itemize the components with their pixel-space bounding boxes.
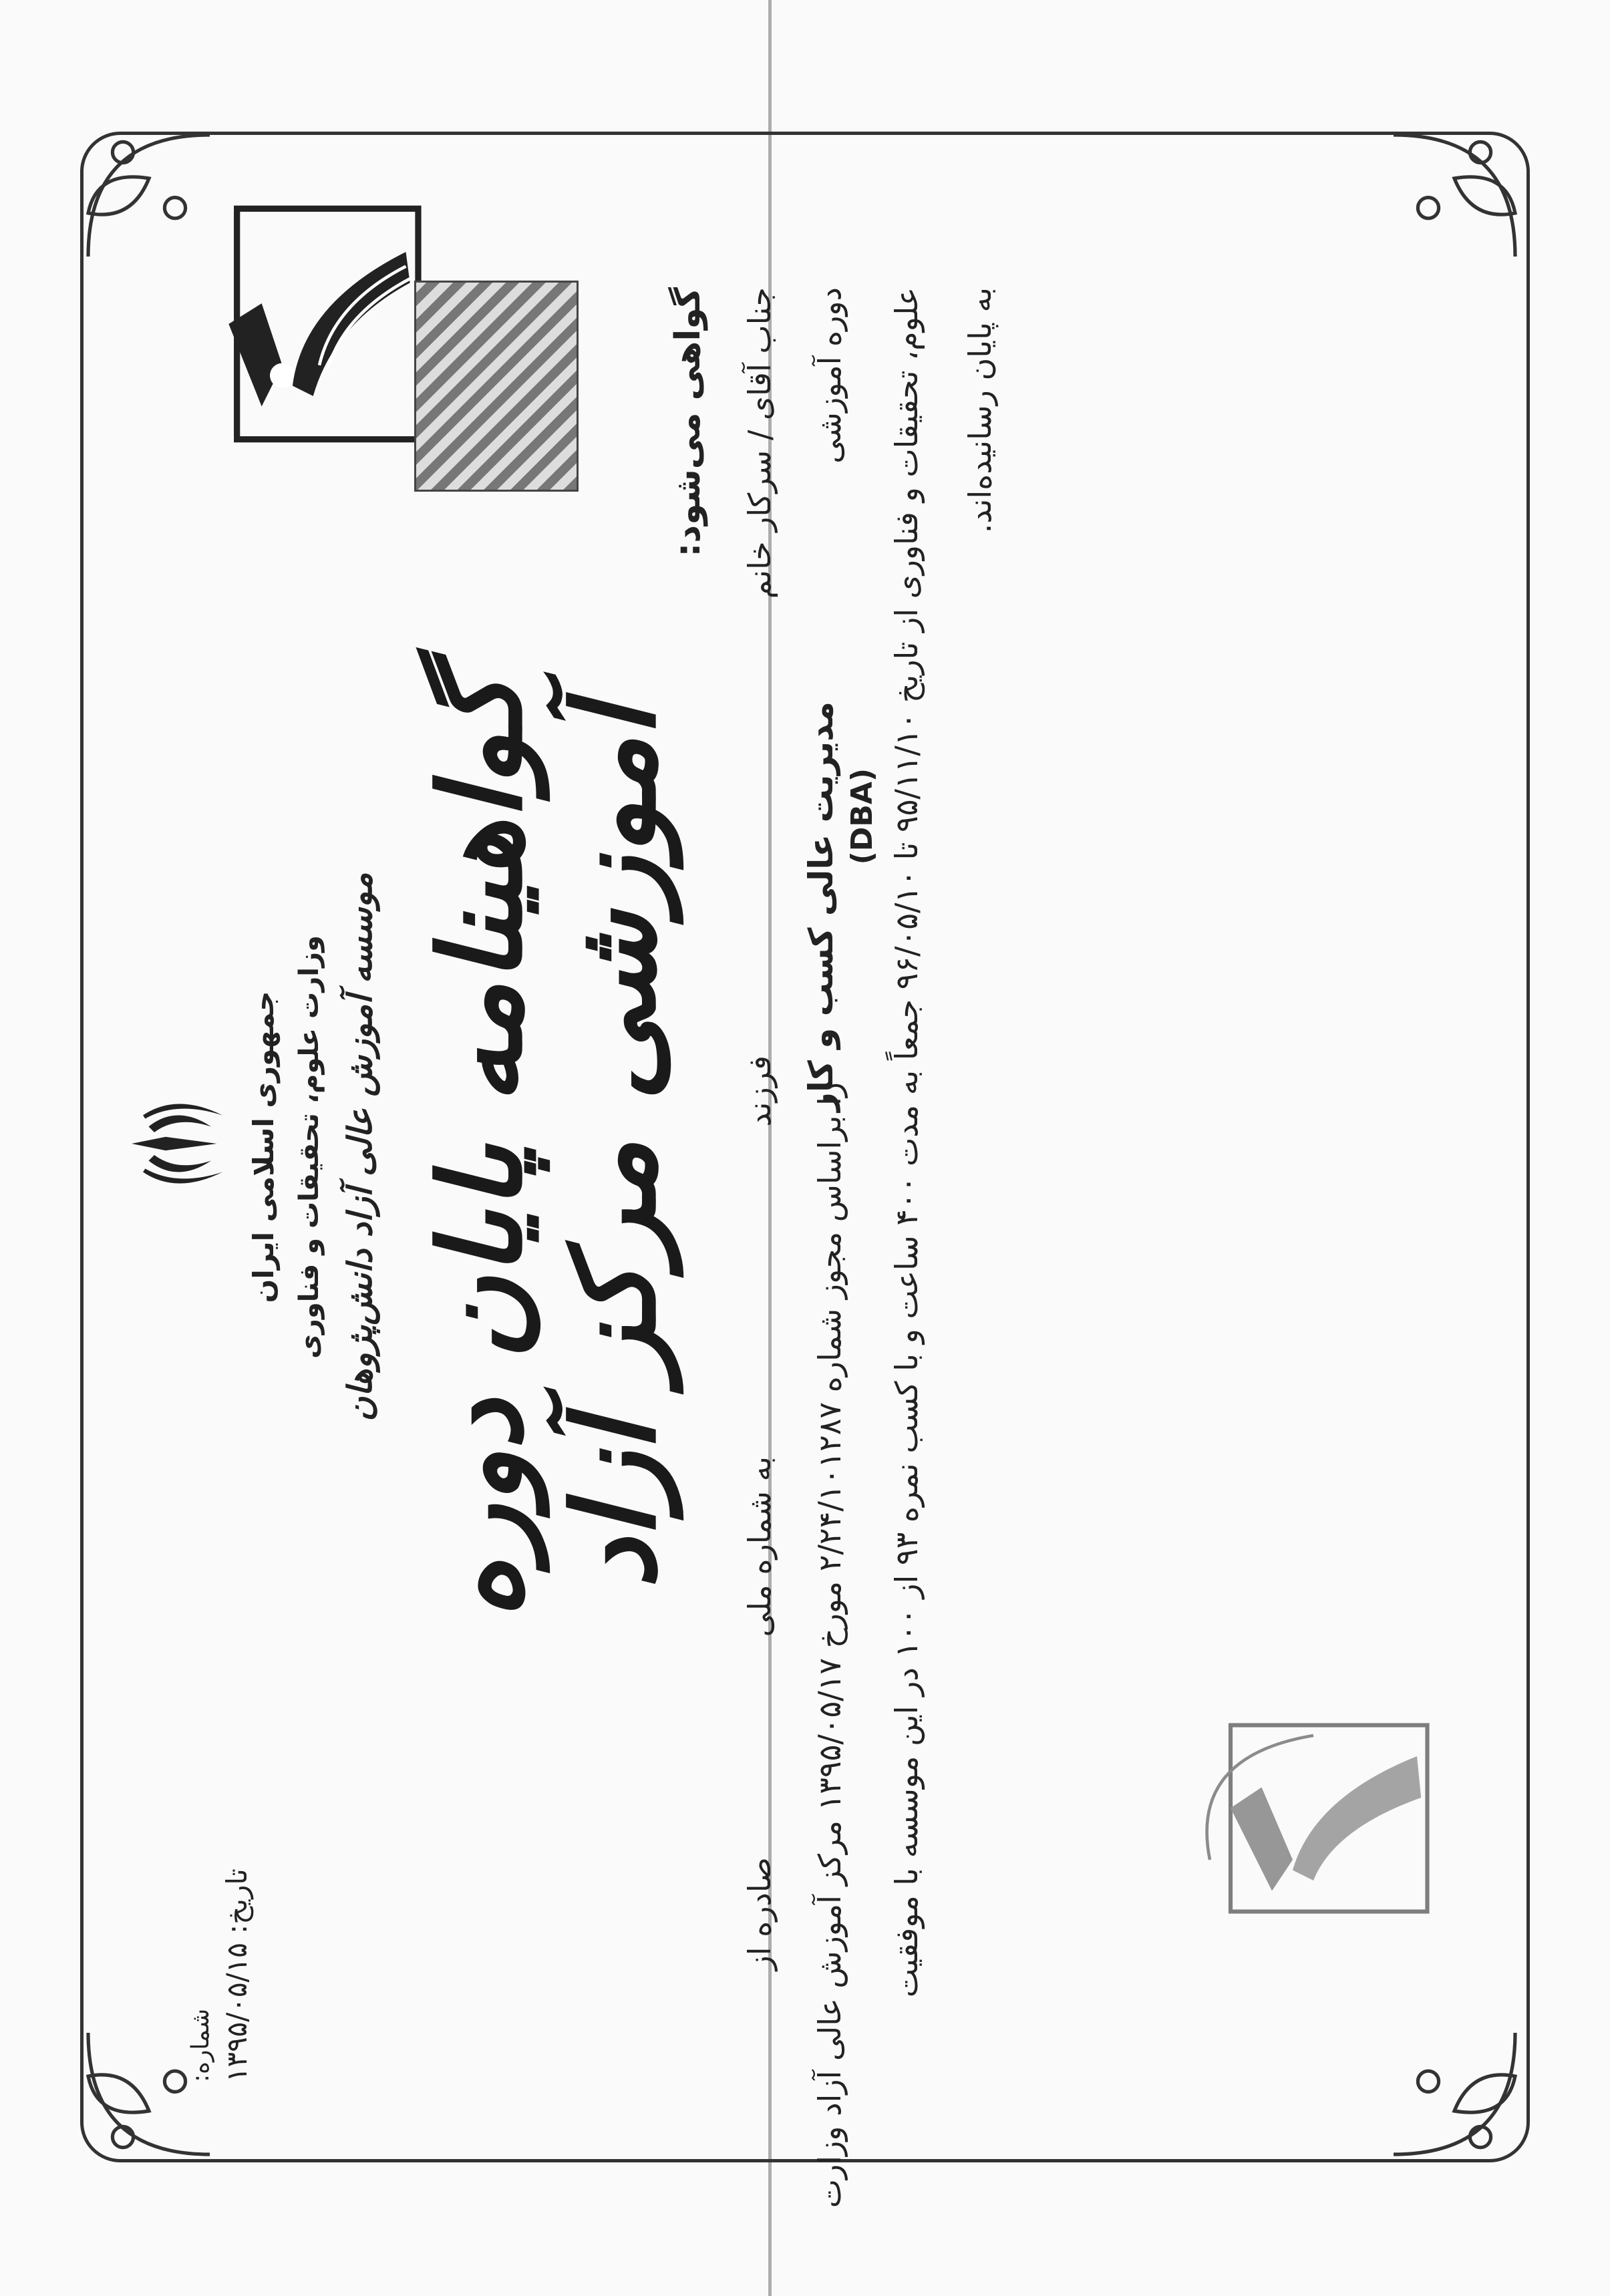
photo-stamp: [414, 281, 579, 492]
header-ministry: وزارت علوم، تحقیقات و فناوری: [294, 900, 325, 1394]
date-field: تاریخ: ۱۳۹۵/۰۵/۱۵: [220, 1868, 253, 2082]
institution-logo-icon: [220, 200, 421, 448]
corner-ornament-icon: [53, 100, 227, 274]
recipient-label: جناب آقای / سرکار خانم: [742, 287, 778, 599]
date-value: ۱۳۹۵/۰۵/۱۵: [220, 1943, 253, 2082]
certify-heading: گواهی می‌شود:: [668, 287, 708, 556]
course-name: مدیریت عالی کسب و کار: [802, 701, 840, 1112]
license-text: را براساس مجوز شماره ۲/۲۴/۱۰۱۲۸۷ مورخ ۱۳…: [812, 1082, 848, 2208]
header-republic: جمهوری اسلامی ایران: [247, 933, 280, 1361]
national-id-label: به شماره ملی: [742, 1456, 778, 1637]
number-label: شماره:: [187, 2009, 214, 2082]
header-institution: موسسه آموزش عالی آزاد دانش‌پژوهان: [341, 800, 379, 1494]
certificate-title: گواهینامه پایان دوره آموزشی مرکز آزاد: [414, 479, 681, 1815]
seal-stamp-icon: [1189, 1715, 1443, 1922]
issued-from-label: صادره از: [742, 1857, 778, 1971]
course-label: دوره آموزشی: [812, 287, 848, 464]
closing-text: به پایان رسانیده‌اند.: [962, 287, 998, 533]
period-text: علوم، تحقیقات و فناوری از تاریخ ۹۵/۱۱/۱۰…: [889, 287, 925, 1997]
child-of-label: فرزند: [742, 1055, 778, 1127]
iran-emblem-icon: [120, 1087, 234, 1200]
date-label: تاریخ:: [220, 1868, 253, 1934]
course-abbreviation: (DBA): [845, 768, 879, 864]
certificate-page: جمهوری اسلامی ایران وزارت علوم، تحقیقات …: [0, 0, 1610, 2296]
corner-ornament-icon: [1376, 100, 1550, 274]
corner-ornament-icon: [1376, 2015, 1550, 2189]
